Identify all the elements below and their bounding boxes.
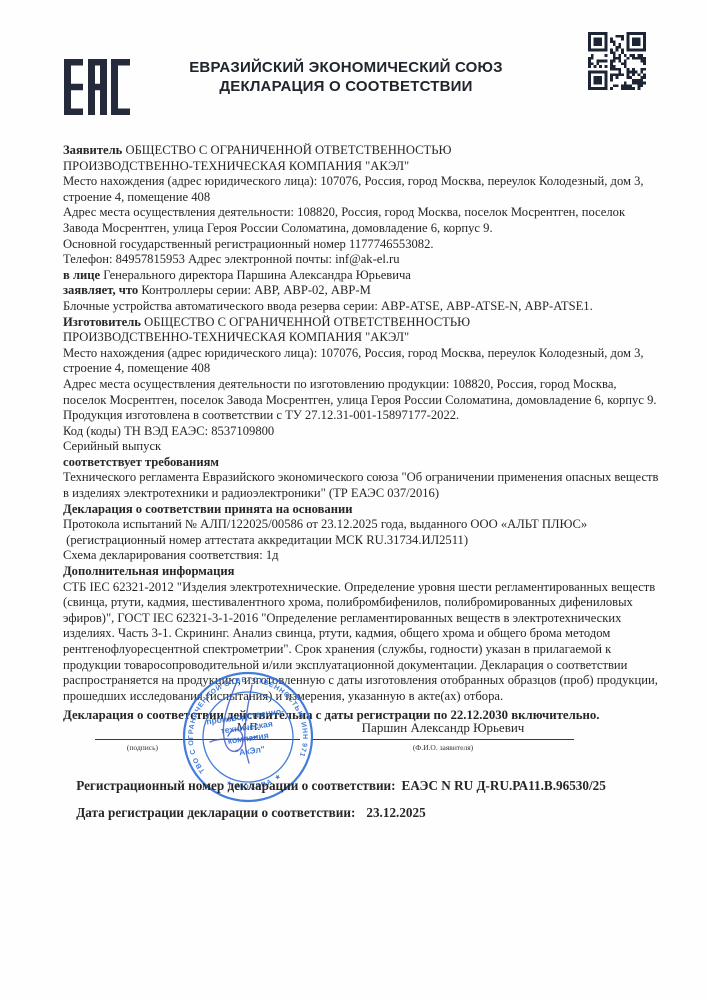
p-products-atse: Блочные устройства автоматического ввода… xyxy=(63,299,659,315)
document-body: Заявитель ОБЩЕСТВО С ОГРАНИЧЕННОЙ ОТВЕТС… xyxy=(63,143,659,704)
applicant-name: Паршин Александр Юрьевич xyxy=(312,720,574,736)
p-additional-info: СТБ IEC 62321-2012 "Изделия электротехни… xyxy=(63,580,659,705)
p-declaration-scheme: Схема декларирования соответствия: 1д xyxy=(63,548,659,564)
qr-code-icon xyxy=(588,32,646,90)
registration-date-line: Дата регистрации декларации о соответств… xyxy=(63,789,426,837)
registration-date-value: 23.12.2025 xyxy=(366,805,425,820)
p-basis-heading: Декларация о соответствии принята на осн… xyxy=(63,502,659,518)
document-title: ЕВРАЗИЙСКИЙ ЭКОНОМИЧЕСКИЙ СОЮЗ ДЕКЛАРАЦИ… xyxy=(150,58,542,96)
title-union: ЕВРАЗИЙСКИЙ ЭКОНОМИЧЕСКИЙ СОЮЗ xyxy=(150,58,542,77)
title-declaration: ДЕКЛАРАЦИЯ О СООТВЕТСТВИИ xyxy=(150,77,542,96)
fio-line xyxy=(312,739,574,740)
p-regulation: Технического регламента Евразийского эко… xyxy=(63,470,659,501)
fio-caption: (Ф.И.О. заявителя) xyxy=(312,743,574,752)
p-serial-issue: Серийный выпуск xyxy=(63,439,659,455)
signature-scribble-icon xyxy=(205,665,275,775)
p-meets-requirements: соответствует требованиям xyxy=(63,455,659,471)
p-tnved-code: Код (коды) ТН ВЭД ЕАЭС: 8537109800 xyxy=(63,424,659,440)
p-applicant-location: Место нахождения (адрес юридического лиц… xyxy=(63,174,659,205)
registration-date-label: Дата регистрации декларации о соответств… xyxy=(76,805,355,820)
eac-logo xyxy=(64,59,130,115)
p-test-protocol: Протокола испытаний № АЛП/122025/00586 о… xyxy=(63,517,659,548)
p-ogrn: Основной государственный регистрационный… xyxy=(63,237,659,253)
p-declares-products: заявляет, что Контроллеры серии: АВР, АВ… xyxy=(63,283,659,299)
p-manufacturer: Изготовитель ОБЩЕСТВО С ОГРАНИЧЕННОЙ ОТВ… xyxy=(63,315,659,346)
p-manufacturer-location: Место нахождения (адрес юридического лиц… xyxy=(63,346,659,377)
p-applicant: Заявитель ОБЩЕСТВО С ОГРАНИЧЕННОЙ ОТВЕТС… xyxy=(63,143,659,174)
p-applicant-activity-address: Адрес места осуществления деятельности: … xyxy=(63,205,659,236)
p-contacts: Телефон: 84957815953 Адрес электронной п… xyxy=(63,252,659,268)
declaration-document: ЕВРАЗИЙСКИЙ ЭКОНОМИЧЕСКИЙ СОЮЗ ДЕКЛАРАЦИ… xyxy=(0,0,707,1000)
signature-caption: (подпись) xyxy=(95,743,190,752)
p-in-person: в лице Генерального директора Паршина Ал… xyxy=(63,268,659,284)
registration-number-value: ЕАЭС N RU Д-RU.РА11.В.96530/25 xyxy=(402,778,606,793)
p-additional-info-heading: Дополнительная информация xyxy=(63,564,659,580)
p-manufacturer-activity-address: Адрес места осуществления деятельности п… xyxy=(63,377,659,424)
